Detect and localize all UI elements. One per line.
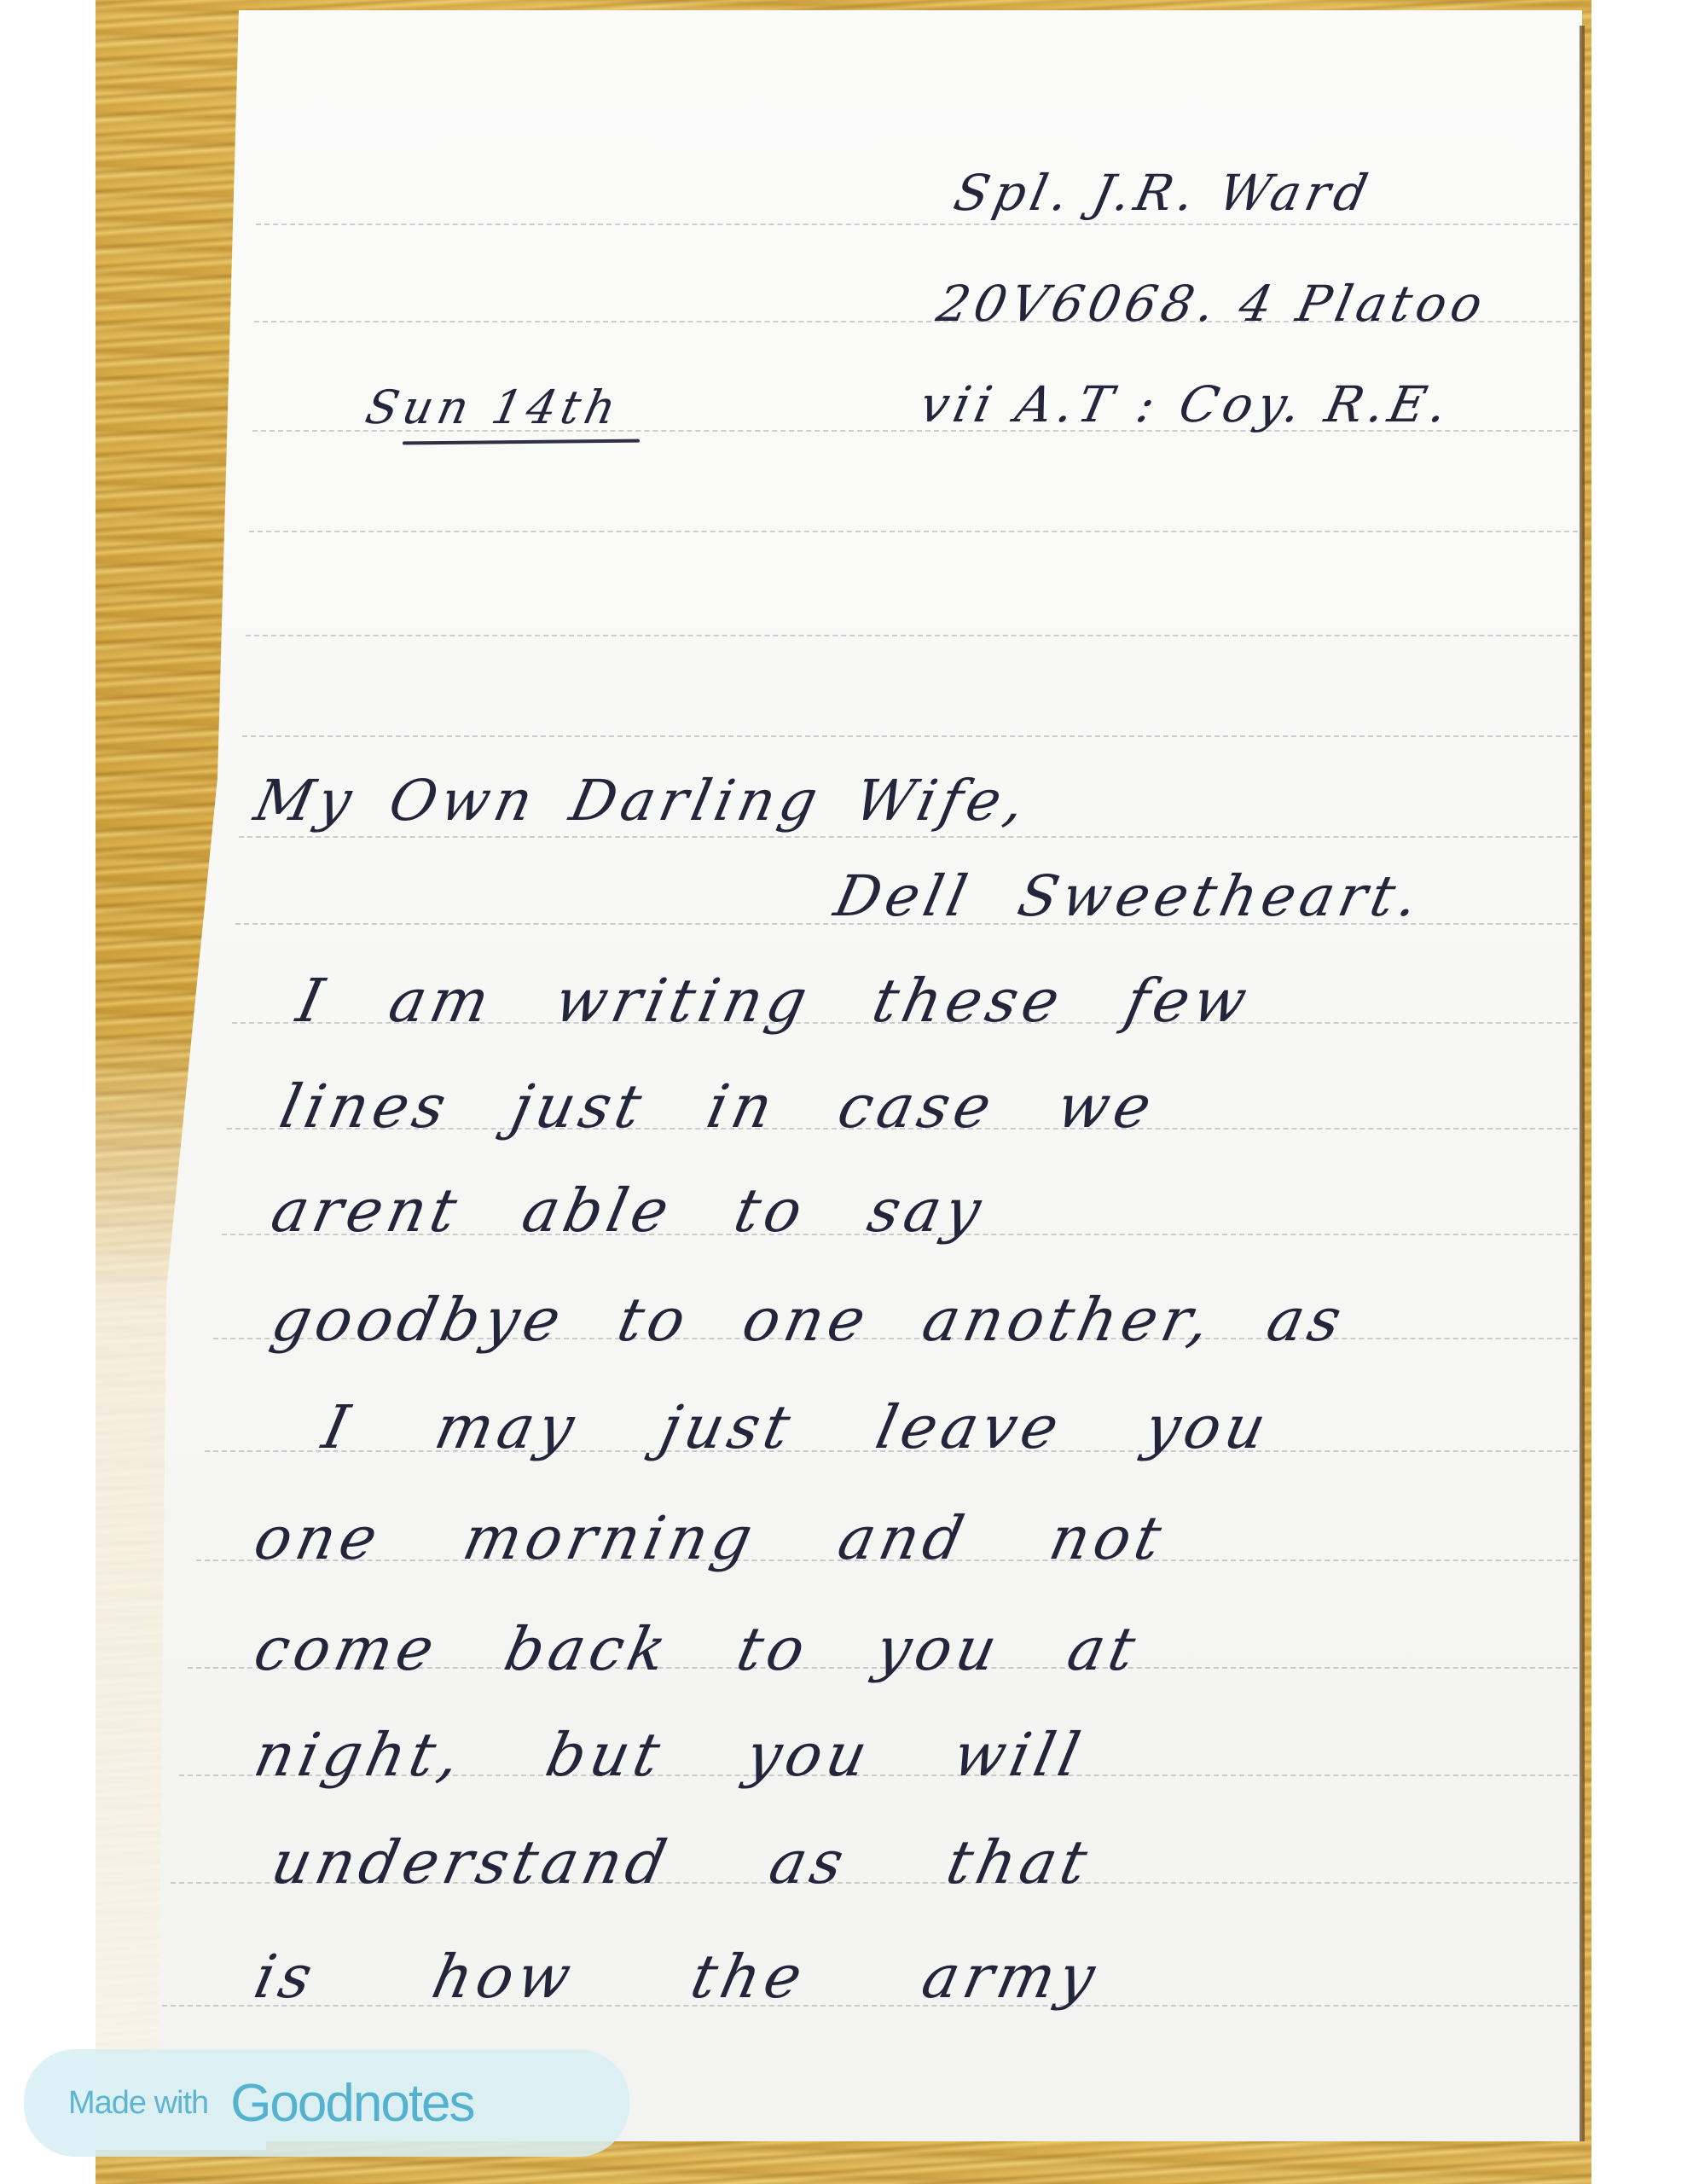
body-line: lines just in case we (274, 1072, 1162, 1141)
sender-unit: vii A.T : Coy. R.E. (915, 375, 1458, 433)
body-line: I am writing these few (291, 966, 1258, 1036)
salutation-line-1: My Own Darling Wife, (249, 768, 1035, 834)
paper-right-edge (1580, 26, 1585, 2141)
letter-date: Sun 14th (361, 380, 625, 434)
body-line: goodbye to one another, as (265, 1285, 1352, 1355)
sender-name: Spl. J.R. Ward (949, 164, 1377, 222)
sender-service-number: 20V6068. 4 Platoo (932, 275, 1493, 333)
watermark-brand: Goodnotes (230, 2073, 473, 2134)
body-line: come back to you at (248, 1614, 1146, 1684)
body-line: arent able to say (265, 1176, 992, 1246)
body-line: is how the army (248, 1942, 1105, 2012)
body-line: understand as that (265, 1827, 1098, 1897)
body-line: one morning and not (248, 1503, 1172, 1573)
body-line: I may just leave you (316, 1392, 1277, 1462)
body-line: night, but you will (248, 1720, 1091, 1790)
goodnotes-watermark: Made with Goodnotes (24, 2049, 629, 2157)
salutation-line-2: Dell Sweetheart. (829, 863, 1429, 929)
watermark-prefix: Made with (68, 2085, 208, 2122)
